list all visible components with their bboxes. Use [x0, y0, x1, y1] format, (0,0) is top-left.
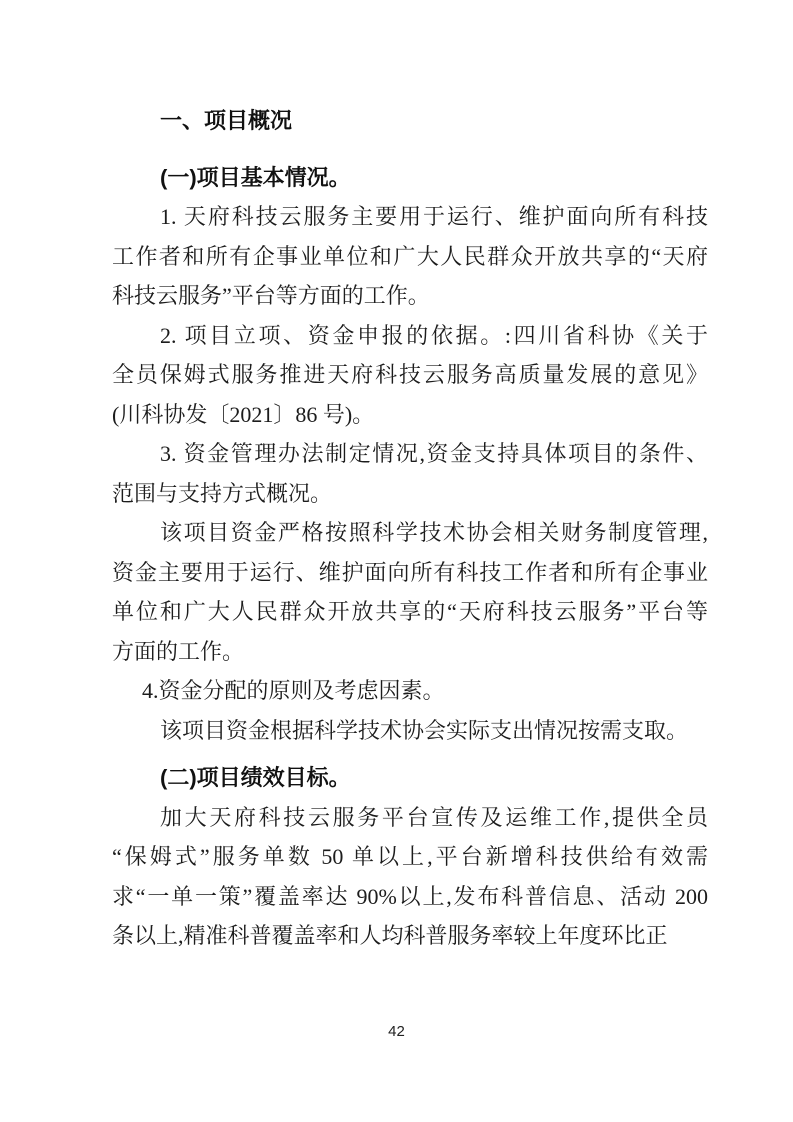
- paragraph-1-line-3: 科技云服务”平台等方面的工作。: [112, 276, 708, 316]
- paragraph-3-line-1: 3. 资金管理办法制定情况,资金支持具体项目的条件、: [112, 434, 708, 474]
- heading-subsection-1-1: (一)项目基本情况。: [112, 158, 708, 198]
- paragraph-2-line-1: 2. 项目立项、资金申报的依据。:四川省科协《关于: [112, 316, 708, 356]
- heading-section-1: 一、项目概况: [112, 101, 708, 141]
- paragraph-4-line-4: 方面的工作。: [112, 632, 708, 672]
- paragraph-1-line-1: 1. 天府科技云服务主要用于运行、维护面向所有科技: [112, 197, 708, 237]
- page-content: 一、项目概况 (一)项目基本情况。 1. 天府科技云服务主要用于运行、维护面向所…: [112, 101, 708, 956]
- paragraph-2-line-3: (川科协发〔2021〕86 号)。: [112, 395, 708, 435]
- document-page: 一、项目概况 (一)项目基本情况。 1. 天府科技云服务主要用于运行、维护面向所…: [0, 0, 793, 1122]
- paragraph-4-line-2: 资金主要用于运行、维护面向所有科技工作者和所有企事业: [112, 553, 708, 593]
- paragraph-2-line-2: 全员保姆式服务推进天府科技云服务高质量发展的意见》: [112, 355, 708, 395]
- paragraph-7-line-1: 加大天府科技云服务平台宣传及运维工作,提供全员: [112, 798, 708, 838]
- page-number: 42: [0, 1022, 793, 1042]
- paragraph-4-line-3: 单位和广大人民群众开放共享的“天府科技云服务”平台等: [112, 592, 708, 632]
- paragraph-7-line-4: 条以上,精准科普覆盖率和人均科普服务率较上年度环比正: [112, 916, 708, 956]
- paragraph-1-line-2: 工作者和所有企事业单位和广大人民群众开放共享的“天府: [112, 237, 708, 277]
- heading-subsection-1-2: (二)项目绩效目标。: [112, 758, 708, 798]
- paragraph-6-line-1: 该项目资金根据科学技术协会实际支出情况按需支取。: [112, 711, 708, 751]
- paragraph-3-line-2: 范围与支持方式概况。: [112, 474, 708, 514]
- paragraph-4-line-1: 该项目资金严格按照科学技术协会相关财务制度管理,: [112, 513, 708, 553]
- paragraph-5-line-1: 4.资金分配的原则及考虑因素。: [112, 671, 708, 711]
- paragraph-7-line-3: 求“一单一策”覆盖率达 90%以上,发布科普信息、活动 200: [112, 877, 708, 917]
- paragraph-7-line-2: “保姆式”服务单数 50 单以上,平台新增科技供给有效需: [112, 837, 708, 877]
